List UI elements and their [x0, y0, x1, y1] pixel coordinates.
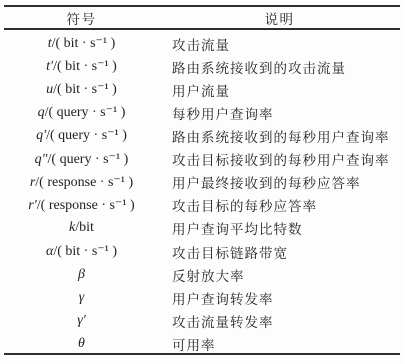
description-cell: 用户最终接收到的每秒应答率 — [159, 172, 400, 192]
symbol-variable: θ — [78, 336, 85, 351]
table-row: q/( query · s⁻¹ )每秒用户查询率 — [4, 99, 400, 122]
table-row: r′/( response · s⁻¹ )攻击目标的每秒应答率 — [4, 191, 400, 214]
symbol-variable: q″ — [35, 152, 48, 167]
table-row: q″/( query · s⁻¹ )攻击目标接收到的每秒用户查询率 — [4, 145, 400, 168]
symbol-cell: t′/( bit · s⁻¹ ) — [4, 58, 159, 75]
description-text: 攻击流量 — [172, 38, 230, 53]
description-text: 用户查询平均比特数 — [172, 222, 303, 237]
description-cell: 每秒用户查询率 — [159, 103, 400, 123]
table-body: t/( bit · s⁻¹ )攻击流量t′/( bit · s⁻¹ )路由系统接… — [4, 30, 400, 354]
symbol-unit: /bit — [75, 220, 94, 235]
symbol-unit: /( bit · s⁻¹ ) — [53, 82, 117, 97]
symbols-table: 符号 说明 t/( bit · s⁻¹ )攻击流量t′/( bit · s⁻¹ … — [4, 5, 400, 355]
symbol-cell: γ′ — [4, 313, 159, 329]
symbol-cell: k/bit — [4, 220, 159, 236]
description-text: 用户最终接收到的每秒应答率 — [172, 176, 361, 191]
description-text: 用户查询转发率 — [172, 292, 274, 307]
symbol-variable: γ — [79, 290, 85, 305]
symbol-cell: q″/( query · s⁻¹ ) — [4, 151, 159, 168]
symbol-cell: q′/( query · s⁻¹ ) — [4, 127, 159, 144]
table-row: α/( bit · s⁻¹ )攻击目标链路带宽 — [4, 237, 400, 260]
table-row: r/( response · s⁻¹ )用户最终接收到的每秒应答率 — [4, 168, 400, 191]
symbol-unit: /( bit · s⁻¹ ) — [52, 36, 116, 51]
symbol-unit: /( bit · s⁻¹ ) — [53, 59, 117, 74]
header-description: 说明 — [159, 8, 400, 28]
description-text: 每秒用户查询率 — [172, 107, 274, 122]
symbol-unit: /( response · s⁻¹ ) — [37, 198, 135, 213]
table-row: u/( bit · s⁻¹ )用户流量 — [4, 76, 400, 99]
description-cell: 攻击目标接收到的每秒用户查询率 — [159, 149, 400, 169]
description-cell: 路由系统接收到的每秒用户查询率 — [159, 126, 400, 146]
header-symbol: 符号 — [4, 8, 159, 28]
description-cell: 反射放大率 — [159, 265, 400, 285]
table-row: γ′攻击流量转发率 — [4, 307, 400, 330]
symbol-unit: /( response · s⁻¹ ) — [35, 175, 133, 190]
table-row: t/( bit · s⁻¹ )攻击流量 — [4, 30, 400, 53]
table-header-row: 符号 说明 — [4, 7, 400, 28]
symbol-unit: /( bit · s⁻¹ ) — [53, 244, 117, 259]
description-text: 攻击目标的每秒应答率 — [172, 199, 317, 214]
description-text: 用户流量 — [172, 84, 230, 99]
description-text: 攻击目标接收到的每秒用户查询率 — [172, 153, 390, 168]
description-cell: 路由系统接收到的攻击流量 — [159, 57, 400, 77]
symbol-cell: β — [4, 267, 159, 283]
description-cell: 用户查询平均比特数 — [159, 218, 400, 238]
symbol-cell: r′/( response · s⁻¹ ) — [4, 197, 159, 214]
table-row: θ可用率 — [4, 330, 400, 353]
symbol-unit: /( query · s⁻¹ ) — [48, 152, 129, 167]
description-cell: 可用率 — [159, 334, 400, 354]
symbol-cell: u/( bit · s⁻¹ ) — [4, 81, 159, 98]
symbol-variable: r′ — [28, 198, 37, 213]
symbol-cell: θ — [4, 336, 159, 352]
symbol-cell: q/( query · s⁻¹ ) — [4, 104, 159, 121]
description-cell: 用户查询转发率 — [159, 288, 400, 308]
description-cell: 攻击流量 — [159, 34, 400, 54]
description-cell: 攻击流量转发率 — [159, 311, 400, 331]
table-row: k/bit用户查询平均比特数 — [4, 214, 400, 237]
symbol-unit: /( query · s⁻¹ ) — [45, 105, 126, 120]
description-cell: 攻击目标的每秒应答率 — [159, 195, 400, 215]
description-cell: 攻击目标链路带宽 — [159, 242, 400, 262]
table-row: γ用户查询转发率 — [4, 284, 400, 307]
symbol-cell: t/( bit · s⁻¹ ) — [4, 35, 159, 52]
symbol-variable: β — [78, 267, 85, 282]
description-text: 路由系统接收到的攻击流量 — [172, 61, 346, 76]
symbol-cell: r/( response · s⁻¹ ) — [4, 174, 159, 191]
table-row: β反射放大率 — [4, 261, 400, 284]
symbol-variable: q — [38, 105, 45, 120]
description-cell: 用户流量 — [159, 80, 400, 100]
description-text: 反射放大率 — [172, 269, 245, 284]
symbol-unit: /( query · s⁻¹ ) — [46, 128, 127, 143]
description-text: 路由系统接收到的每秒用户查询率 — [172, 130, 390, 145]
description-text: 攻击流量转发率 — [172, 315, 274, 330]
symbol-cell: α/( bit · s⁻¹ ) — [4, 243, 159, 260]
table-row: t′/( bit · s⁻¹ )路由系统接收到的攻击流量 — [4, 53, 400, 76]
description-text: 攻击目标链路带宽 — [172, 246, 288, 261]
symbol-variable: q′ — [36, 128, 46, 143]
symbol-cell: γ — [4, 290, 159, 306]
symbol-variable: γ′ — [77, 313, 86, 328]
description-text: 可用率 — [172, 338, 216, 353]
table-row: q′/( query · s⁻¹ )路由系统接收到的每秒用户查询率 — [4, 122, 400, 145]
